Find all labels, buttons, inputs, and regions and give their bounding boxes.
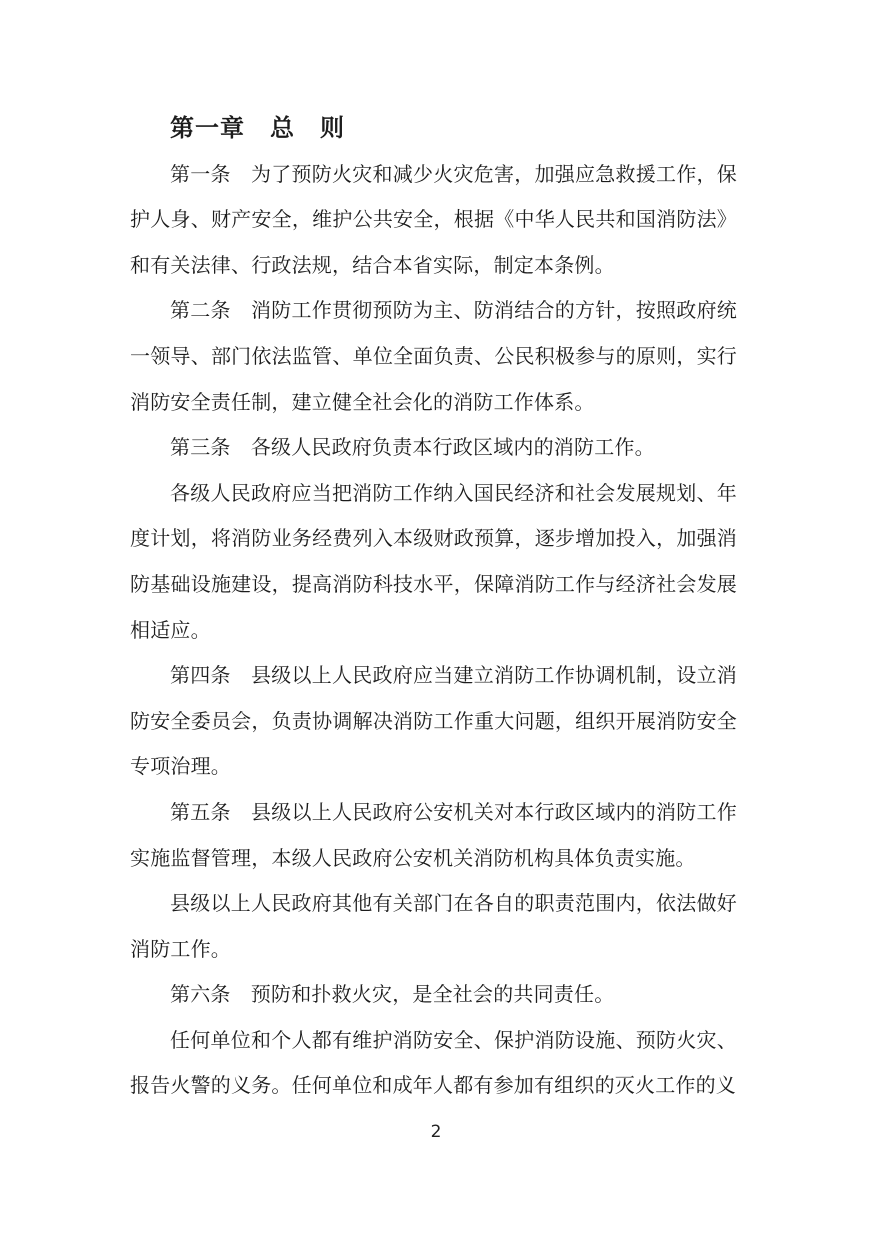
paragraph-article-2: 第二条 消防工作贯彻预防为主、防消结合的方针，按照政府统一领导、部门依法监管、单… (130, 289, 737, 426)
paragraph-article-3-continued: 各级人民政府应当把消防工作纳入国民经济和社会发展规划、年度计划，将消防业务经费列… (130, 472, 737, 654)
paragraph-article-5-continued: 县级以上人民政府其他有关部门在各自的职责范围内，依法做好消防工作。 (130, 882, 737, 973)
paragraph-article-4: 第四条 县级以上人民政府应当建立消防工作协调机制，设立消防安全委员会，负责协调解… (130, 654, 737, 791)
paragraph-article-6-continued: 任何单位和个人都有维护消防安全、保护消防设施、预防火灾、报告火警的义务。任何单位… (130, 1019, 737, 1110)
paragraph-article-6: 第六条 预防和扑救火灾，是全社会的共同责任。 (130, 973, 737, 1019)
document-body: 第一章 总 则 第一条 为了预防火灾和减少火灾危害，加强应急救援工作，保护人身、… (130, 107, 737, 1110)
document-page: 第一章 总 则 第一条 为了预防火灾和减少火灾危害，加强应急救援工作，保护人身、… (0, 0, 872, 1234)
page-number: 2 (0, 1121, 872, 1143)
paragraph-article-3: 第三条 各级人民政府负责本行政区域内的消防工作。 (130, 426, 737, 472)
paragraph-article-5: 第五条 县级以上人民政府公安机关对本行政区域内的消防工作实施监督管理，本级人民政… (130, 791, 737, 882)
paragraph-article-1: 第一条 为了预防火灾和减少火灾危害，加强应急救援工作，保护人身、财产安全，维护公… (130, 153, 737, 290)
chapter-heading: 第一章 总 则 (130, 107, 737, 153)
